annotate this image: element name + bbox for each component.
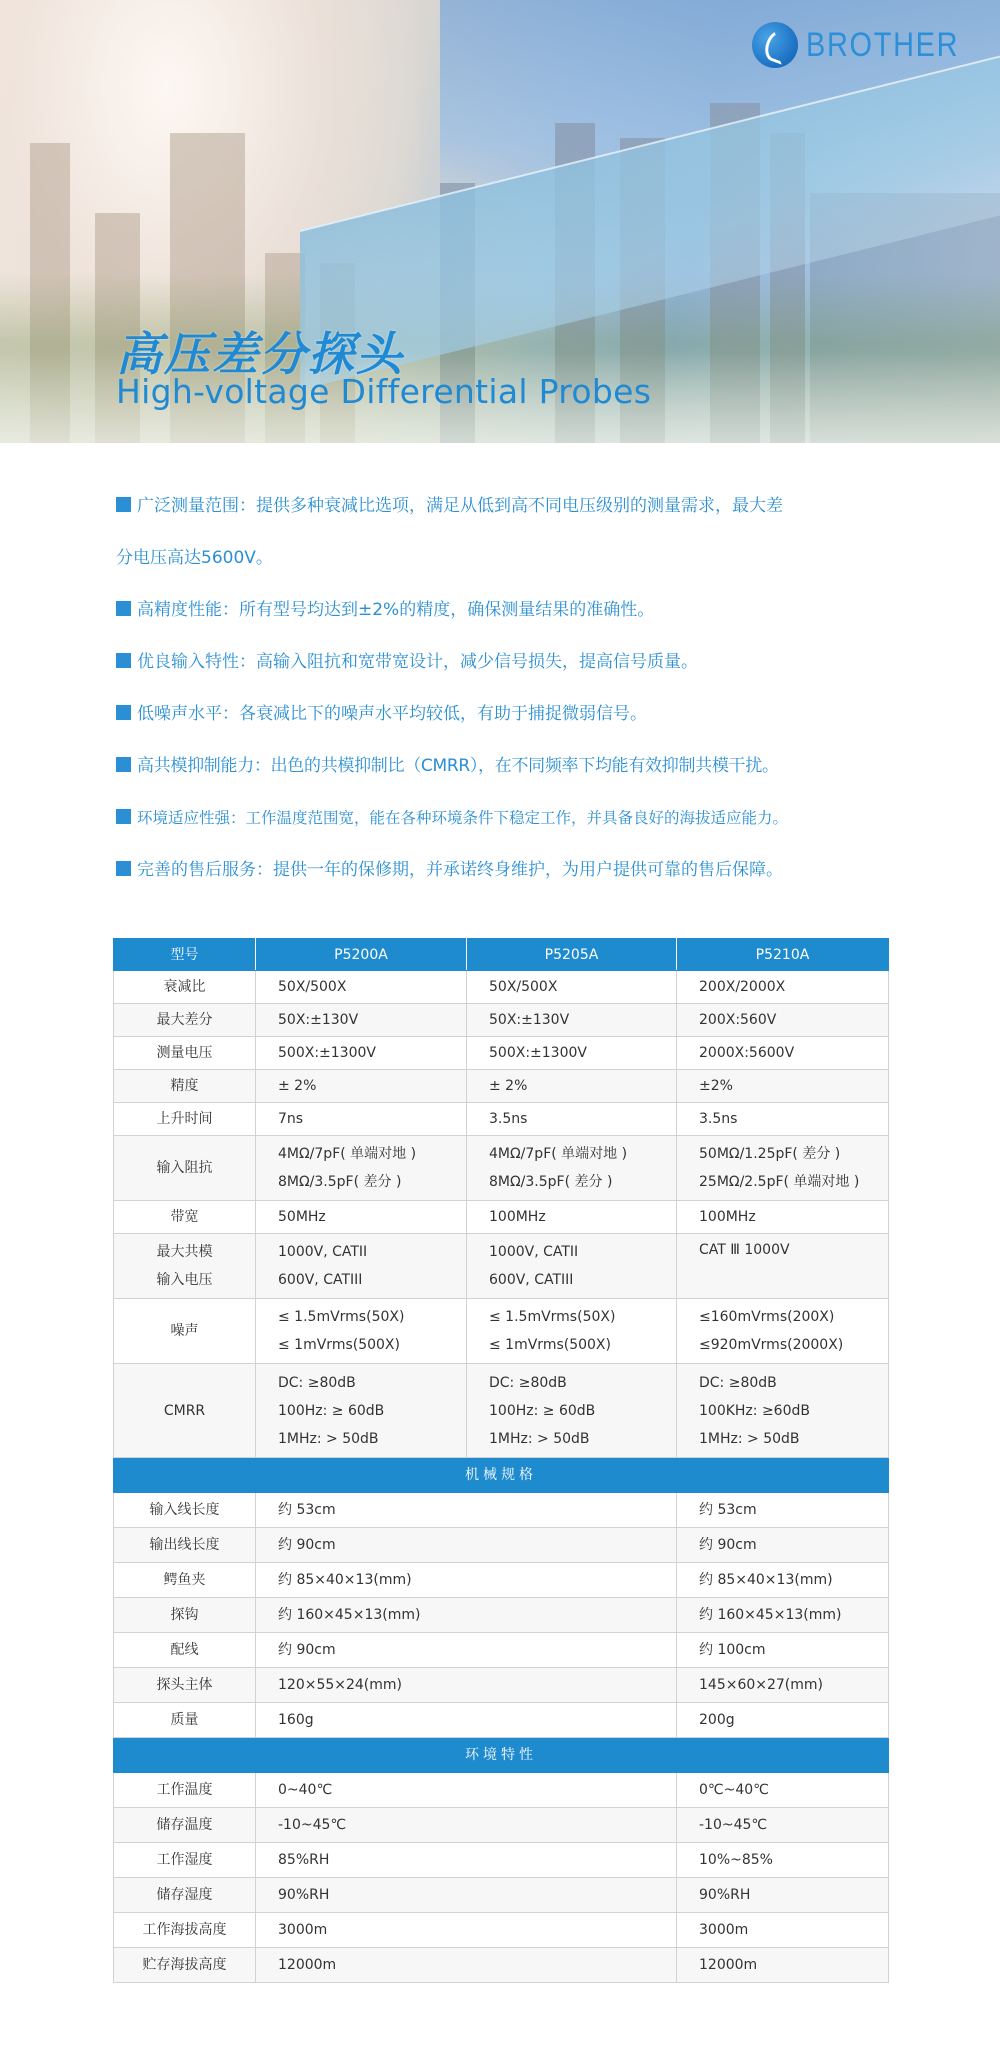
feature-item: 高共模抑制能力：出色的共模抑制比（CMRR），在不同频率下均能有效抑制共模干扰。 bbox=[116, 754, 896, 778]
table-row: 输入阻抗 4MΩ/7pF( 单端对地 ) 8MΩ/3.5pF( 差分 ) 4MΩ… bbox=[114, 1136, 889, 1201]
cell-p5200a-p5205a: 120×55×24(mm) bbox=[256, 1668, 677, 1703]
cell-p5210a: 12000m bbox=[677, 1948, 889, 1983]
cell-p5200a-p5205a: 约 160×45×13(mm) bbox=[256, 1598, 677, 1633]
row-label: 质量 bbox=[114, 1703, 256, 1738]
row-label: 最大共模 输入电压 bbox=[114, 1234, 256, 1299]
cell-p5200a-p5205a: 12000m bbox=[256, 1948, 677, 1983]
feature-list: 广泛测量范围：提供多种衰减比选项，满足从低到高不同电压级别的测量需求，最大差 分… bbox=[116, 494, 896, 910]
cell-p5210a: 200X/2000X bbox=[677, 971, 889, 1004]
table-row: 最大差分 50X:±130V 50X:±130V 200X:560V bbox=[114, 1004, 889, 1037]
row-label: 精度 bbox=[114, 1070, 256, 1103]
table-row: 工作海拔高度 3000m 3000m bbox=[114, 1913, 889, 1948]
row-label: 工作湿度 bbox=[114, 1843, 256, 1878]
cell-p5210a: 3.5ns bbox=[677, 1103, 889, 1136]
table-row: 储存温度 -10~45℃ -10~45℃ bbox=[114, 1808, 889, 1843]
brand-logo: BROTHER bbox=[752, 22, 986, 68]
cell-p5200a-p5205a: 160g bbox=[256, 1703, 677, 1738]
feature-item: 优良输入特性：高输入阻抗和宽带宽设计，减少信号损失，提高信号质量。 bbox=[116, 650, 896, 674]
row-label: 上升时间 bbox=[114, 1103, 256, 1136]
cell-p5200a: 500X:±1300V bbox=[256, 1037, 467, 1070]
table-row: 上升时间 7ns 3.5ns 3.5ns bbox=[114, 1103, 889, 1136]
table-row: 探钩 约 160×45×13(mm) 约 160×45×13(mm) bbox=[114, 1598, 889, 1633]
row-label: 输入阻抗 bbox=[114, 1136, 256, 1201]
row-label: 输出线长度 bbox=[114, 1528, 256, 1563]
header-p5205a: P5205A bbox=[467, 939, 677, 971]
row-label: 探头主体 bbox=[114, 1668, 256, 1703]
section-title: 环境特性 bbox=[114, 1738, 889, 1773]
bullet-square-icon bbox=[116, 653, 131, 668]
feature-item-continuation: 分电压高达5600V。 bbox=[116, 532, 896, 584]
cell-p5205a: ± 2% bbox=[467, 1070, 677, 1103]
cell-p5200a-p5205a: 90%RH bbox=[256, 1878, 677, 1913]
feature-item: 环境适应性强：工作温度范围宽，能在各种环境条件下稳定工作，并具备良好的海拔适应能… bbox=[116, 806, 896, 830]
cell-p5200a-p5205a: 约 90cm bbox=[256, 1633, 677, 1668]
table-row: 贮存海拔高度 12000m 12000m bbox=[114, 1948, 889, 1983]
row-label: 储存温度 bbox=[114, 1808, 256, 1843]
section-header-environment: 环境特性 bbox=[114, 1738, 889, 1773]
cell-p5200a-p5205a: 约 90cm bbox=[256, 1528, 677, 1563]
bullet-square-icon bbox=[116, 705, 131, 720]
cell-p5210a: 50MΩ/1.25pF( 差分 ) 25MΩ/2.5pF( 单端对地 ) bbox=[677, 1136, 889, 1201]
header-model: 型号 bbox=[114, 939, 256, 971]
row-label: 工作海拔高度 bbox=[114, 1913, 256, 1948]
cell-p5205a: 1000V, CATII 600V, CATIII bbox=[467, 1234, 677, 1299]
table-row: 最大共模 输入电压 1000V, CATII 600V, CATIII 1000… bbox=[114, 1234, 889, 1299]
row-label: CMRR bbox=[114, 1364, 256, 1458]
cell-p5205a: 100MHz bbox=[467, 1201, 677, 1234]
page: BROTHER 高压差分探头 High-voltage Differential… bbox=[0, 0, 1000, 2052]
cell-p5200a: 4MΩ/7pF( 单端对地 ) 8MΩ/3.5pF( 差分 ) bbox=[256, 1136, 467, 1201]
brand-logo-icon bbox=[752, 22, 798, 68]
cell-p5210a: 10%~85% bbox=[677, 1843, 889, 1878]
cell-p5200a: 50MHz bbox=[256, 1201, 467, 1234]
cell-p5210a: 约 100cm bbox=[677, 1633, 889, 1668]
cell-p5200a-p5205a: -10~45℃ bbox=[256, 1808, 677, 1843]
bullet-square-icon bbox=[116, 601, 131, 616]
cell-p5205a: ≤ 1.5mVrms(50X) ≤ 1mVrms(500X) bbox=[467, 1299, 677, 1364]
cell-p5200a-p5205a: 85%RH bbox=[256, 1843, 677, 1878]
table-header-row: 型号 P5200A P5205A P5210A bbox=[114, 939, 889, 971]
hero-banner: BROTHER 高压差分探头 High-voltage Differential… bbox=[0, 0, 1000, 443]
cell-p5210a: 3000m bbox=[677, 1913, 889, 1948]
table-row: 精度 ± 2% ± 2% ±2% bbox=[114, 1070, 889, 1103]
cell-p5200a: 50X/500X bbox=[256, 971, 467, 1004]
bullet-square-icon bbox=[116, 497, 131, 512]
cell-p5210a: 90%RH bbox=[677, 1878, 889, 1913]
cell-p5210a: ≤160mVrms(200X) ≤920mVrms(2000X) bbox=[677, 1299, 889, 1364]
row-label: 衰减比 bbox=[114, 971, 256, 1004]
row-label: 贮存海拔高度 bbox=[114, 1948, 256, 1983]
section-title: 机械规格 bbox=[114, 1458, 889, 1493]
cell-p5210a: 0℃~40℃ bbox=[677, 1773, 889, 1808]
cell-p5200a-p5205a: 3000m bbox=[256, 1913, 677, 1948]
cell-p5200a: ≤ 1.5mVrms(50X) ≤ 1mVrms(500X) bbox=[256, 1299, 467, 1364]
cell-p5210a: 100MHz bbox=[677, 1201, 889, 1234]
cell-p5210a: 2000X:5600V bbox=[677, 1037, 889, 1070]
table-row: 输出线长度 约 90cm 约 90cm bbox=[114, 1528, 889, 1563]
table-row: 工作湿度 85%RH 10%~85% bbox=[114, 1843, 889, 1878]
row-label: 最大差分 bbox=[114, 1004, 256, 1037]
table-row: 鳄鱼夹 约 85×40×13(mm) 约 85×40×13(mm) bbox=[114, 1563, 889, 1598]
cell-p5210a: ±2% bbox=[677, 1070, 889, 1103]
spec-table: 型号 P5200A P5205A P5210A 衰减比 50X/500X 50X… bbox=[113, 938, 889, 1983]
table-row: 工作温度 0~40℃ 0℃~40℃ bbox=[114, 1773, 889, 1808]
row-label: 储存湿度 bbox=[114, 1878, 256, 1913]
table-row: 储存湿度 90%RH 90%RH bbox=[114, 1878, 889, 1913]
cell-p5210a: 145×60×27(mm) bbox=[677, 1668, 889, 1703]
table-row: 探头主体 120×55×24(mm) 145×60×27(mm) bbox=[114, 1668, 889, 1703]
cell-p5210a: -10~45℃ bbox=[677, 1808, 889, 1843]
table-row: 质量 160g 200g bbox=[114, 1703, 889, 1738]
cell-p5200a-p5205a: 约 85×40×13(mm) bbox=[256, 1563, 677, 1598]
cell-p5200a: 50X:±130V bbox=[256, 1004, 467, 1037]
row-label: 输入线长度 bbox=[114, 1493, 256, 1528]
cell-p5210a: DC: ≥80dB 100KHz: ≥60dB 1MHz: > 50dB bbox=[677, 1364, 889, 1458]
row-label: 配线 bbox=[114, 1633, 256, 1668]
row-label: 噪声 bbox=[114, 1299, 256, 1364]
page-title-en: High-voltage Differential Probes bbox=[116, 372, 651, 411]
cell-p5205a: 50X:±130V bbox=[467, 1004, 677, 1037]
header-p5200a: P5200A bbox=[256, 939, 467, 971]
cell-p5200a-p5205a: 0~40℃ bbox=[256, 1773, 677, 1808]
section-header-mechanical: 机械规格 bbox=[114, 1458, 889, 1493]
table-row: 噪声 ≤ 1.5mVrms(50X) ≤ 1mVrms(500X) ≤ 1.5m… bbox=[114, 1299, 889, 1364]
cell-p5200a: 7ns bbox=[256, 1103, 467, 1136]
cell-p5210a: 约 85×40×13(mm) bbox=[677, 1563, 889, 1598]
feature-item: 低噪声水平：各衰减比下的噪声水平均较低，有助于捕捉微弱信号。 bbox=[116, 702, 896, 726]
cell-p5205a: DC: ≥80dB 100Hz: ≥ 60dB 1MHz: > 50dB bbox=[467, 1364, 677, 1458]
cell-p5210a: 约 53cm bbox=[677, 1493, 889, 1528]
cell-p5200a: DC: ≥80dB 100Hz: ≥ 60dB 1MHz: > 50dB bbox=[256, 1364, 467, 1458]
cell-p5210a: CAT Ⅲ 1000V bbox=[677, 1234, 889, 1299]
cell-p5210a: 约 90cm bbox=[677, 1528, 889, 1563]
cell-p5200a: ± 2% bbox=[256, 1070, 467, 1103]
cell-p5200a-p5205a: 约 53cm bbox=[256, 1493, 677, 1528]
cell-p5205a: 4MΩ/7pF( 单端对地 ) 8MΩ/3.5pF( 差分 ) bbox=[467, 1136, 677, 1201]
bullet-square-icon bbox=[116, 861, 131, 876]
row-label: 鳄鱼夹 bbox=[114, 1563, 256, 1598]
header-p5210a: P5210A bbox=[677, 939, 889, 971]
cell-p5200a: 1000V, CATII 600V, CATIII bbox=[256, 1234, 467, 1299]
row-label: 测量电压 bbox=[114, 1037, 256, 1070]
feature-item: 广泛测量范围：提供多种衰减比选项，满足从低到高不同电压级别的测量需求，最大差 bbox=[116, 494, 896, 518]
cell-p5210a: 约 160×45×13(mm) bbox=[677, 1598, 889, 1633]
table-row: 带宽 50MHz 100MHz 100MHz bbox=[114, 1201, 889, 1234]
table-row: 输入线长度 约 53cm 约 53cm bbox=[114, 1493, 889, 1528]
cell-p5210a: 200g bbox=[677, 1703, 889, 1738]
table-row: 配线 约 90cm 约 100cm bbox=[114, 1633, 889, 1668]
row-label: 探钩 bbox=[114, 1598, 256, 1633]
bullet-square-icon bbox=[116, 757, 131, 772]
cell-p5205a: 3.5ns bbox=[467, 1103, 677, 1136]
table-row: 测量电压 500X:±1300V 500X:±1300V 2000X:5600V bbox=[114, 1037, 889, 1070]
cell-p5205a: 500X:±1300V bbox=[467, 1037, 677, 1070]
feature-item: 完善的售后服务：提供一年的保修期，并承诺终身维护，为用户提供可靠的售后保障。 bbox=[116, 858, 896, 882]
feature-item: 高精度性能：所有型号均达到±2%的精度，确保测量结果的准确性。 bbox=[116, 598, 896, 622]
cell-p5205a: 50X/500X bbox=[467, 971, 677, 1004]
table-row: 衰减比 50X/500X 50X/500X 200X/2000X bbox=[114, 971, 889, 1004]
table-row: CMRR DC: ≥80dB 100Hz: ≥ 60dB 1MHz: > 50d… bbox=[114, 1364, 889, 1458]
row-label: 带宽 bbox=[114, 1201, 256, 1234]
brand-name: BROTHER bbox=[806, 26, 959, 65]
cell-p5210a: 200X:560V bbox=[677, 1004, 889, 1037]
bullet-square-icon bbox=[116, 809, 131, 824]
row-label: 工作温度 bbox=[114, 1773, 256, 1808]
